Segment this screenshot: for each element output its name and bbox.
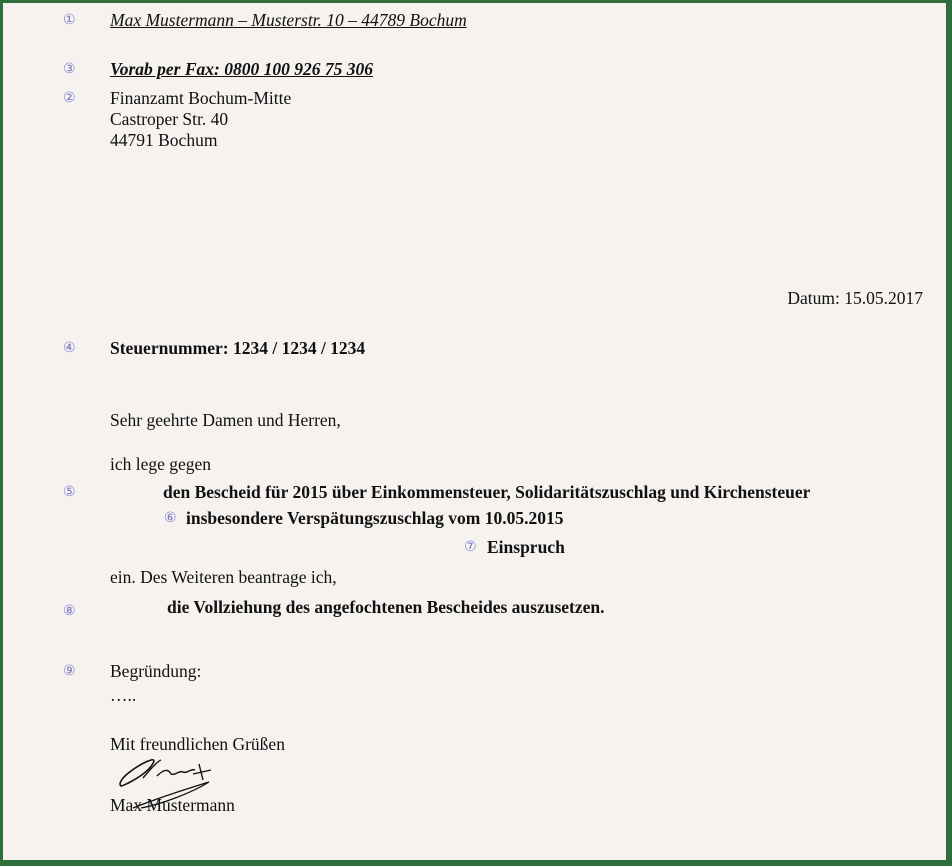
marker-4: ④ [63,338,76,358]
sender-line: Max Mustermann – Musterstr. 10 – 44789 B… [110,10,467,30]
notice-line: den Bescheid für 2015 über Einkommensteu… [163,482,810,502]
tax-number: Steuernummer: 1234 / 1234 / 1234 [110,338,365,358]
signature-name: Max Mustermann [110,795,235,815]
fax-line: Vorab per Fax: 0800 100 926 75 306 [110,59,373,79]
reason-text: ….. [110,685,136,705]
especially-line: insbesondere Verspätungszuschlag vom 10.… [186,508,563,528]
marker-8: ⑧ [63,601,76,621]
marker-3: ③ [63,59,76,79]
recipient-name: Finanzamt Bochum-Mitte [110,88,291,108]
salutation: Sehr geehrte Damen und Herren, [110,410,341,430]
marker-9: ⑨ [63,661,76,681]
recipient-street: Castroper Str. 40 [110,109,228,129]
letter-page: ① Max Mustermann – Musterstr. 10 – 44789… [3,3,946,860]
marker-7: ⑦ [464,537,477,557]
reason-label: Begründung: [110,661,201,681]
objection-line: Einspruch [487,537,565,557]
marker-1: ① [63,10,76,30]
body-intro: ich lege gegen [110,454,211,474]
date-line: Datum: 15.05.2017 [787,288,923,308]
suspension-line: die Vollziehung des angefochtenen Besche… [167,597,605,617]
further-line: ein. Des Weiteren beantrage ich, [110,567,337,587]
marker-6: ⑥ [164,508,177,528]
marker-2: ② [63,88,76,108]
recipient-city: 44791 Bochum [110,130,217,150]
closing: Mit freundlichen Grüßen [110,734,285,754]
marker-5: ⑤ [63,482,76,502]
